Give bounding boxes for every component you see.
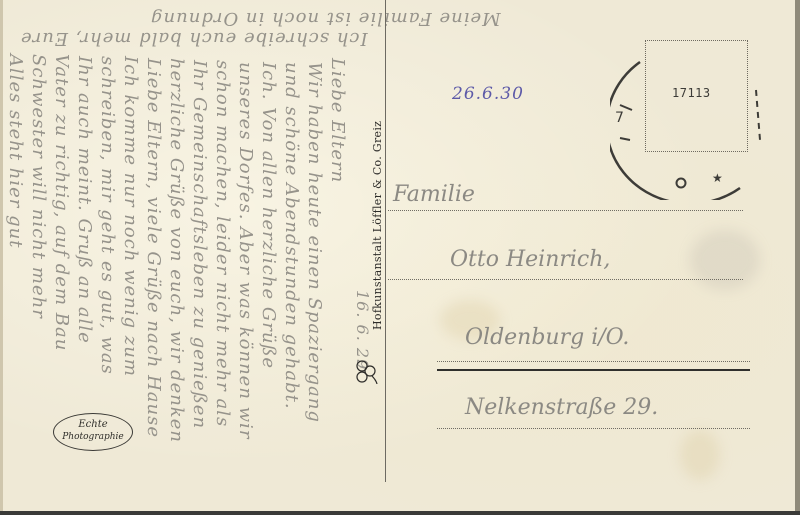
address-dotted-line: [388, 210, 743, 211]
photo-mark-line2: Photographie: [54, 431, 132, 443]
echte-photographie-mark: Echte Photographie: [53, 413, 133, 451]
message-line: Ich komme nur noch wenig zum: [120, 56, 141, 377]
card-edge-right: [795, 0, 800, 515]
address-line-2: Otto Heinrich,: [450, 247, 610, 272]
message-line: Ihr auch meint. Gruß an alle: [74, 56, 95, 344]
message-header-line: Meine Familie ist noch in Ordnung: [150, 8, 501, 29]
message-line: Liebe Eltern: [327, 58, 348, 183]
message-line: herzliche Grüße von euch, wir denken: [166, 58, 187, 443]
message-line: Liebe Eltern, viele Grüße nach Hause: [143, 58, 164, 438]
message-line: Ich. Von allen herzliche Grüße: [258, 62, 279, 369]
message-line: Schwester will nicht mehr: [28, 54, 49, 319]
stamp-number: 17113: [672, 86, 711, 100]
message-line: Ihr Gemeinschaftsleben zu genießen: [189, 60, 210, 429]
center-divider: [385, 0, 386, 482]
message-line: unseres Dorfes. Aber was können wir: [235, 62, 256, 439]
address-line-3: Oldenburg i/O.: [465, 325, 629, 350]
card-edge-bottom: [0, 511, 800, 515]
address-line-4: Nelkenstraße 29.: [465, 395, 658, 420]
address-dotted-line: [437, 361, 750, 362]
paper-stain: [680, 430, 720, 480]
message-line: schreiben, mir geht es gut, was: [97, 56, 118, 375]
paper-stain: [690, 230, 760, 290]
svg-text:7: 7: [615, 110, 624, 126]
message-line: und schöne Abendstunden gehabt.: [281, 62, 302, 410]
message-line: schon machen, leider nicht mehr als: [212, 60, 233, 427]
clover-logo-icon: [356, 360, 378, 384]
address-solid-line: [437, 369, 750, 371]
message-line: Vater zu richtig, auf dem Bau: [51, 54, 72, 351]
received-date: 26.6.30: [452, 84, 524, 104]
photo-mark-line1: Echte: [54, 419, 132, 431]
publisher-imprint: Hofkunstanstalt Löffler & Co. Greiz: [371, 121, 384, 330]
message-line: Alles steht hier gut: [5, 54, 26, 248]
message-line: Wir haben heute einen Spaziergang: [304, 62, 325, 423]
card-edge-left: [0, 0, 3, 515]
message-date: 16. 6. 29: [353, 290, 372, 370]
address-dotted-line: [388, 279, 743, 280]
message-header-line: Ich schreibe euch bald mehr, Eure: [20, 28, 368, 49]
address-line-1: Familie: [393, 182, 475, 207]
postcard: Meine Familie ist noch in Ordnung Ich sc…: [0, 0, 800, 515]
svg-text:★: ★: [712, 171, 723, 185]
address-dotted-line: [437, 428, 750, 429]
